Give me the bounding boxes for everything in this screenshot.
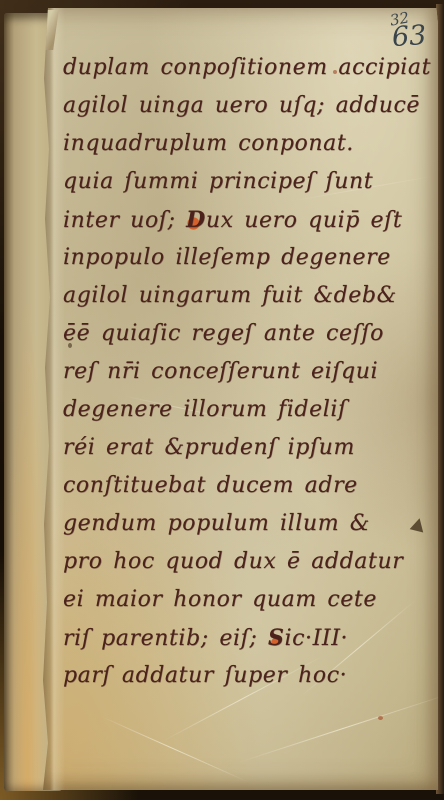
rubricated-initial-s: S [268, 625, 285, 651]
rubricated-initial-d: D [186, 207, 206, 233]
manuscript-text-block: duplam conpoſitionem accipiat agilol uin… [63, 49, 437, 695]
text-line: pro hoc quod dux ē addatur [63, 543, 437, 581]
text-segment: ic·III· [284, 626, 348, 651]
text-line: gendum populum illum & [63, 505, 437, 543]
text-line: parſ addatur ſuper hoc· [63, 657, 437, 695]
text-line: inpopulo illeſemp degenere [63, 239, 437, 277]
text-line: ei maior honor quam cete [63, 581, 437, 619]
text-line: inquadruplum conponat. [63, 125, 437, 163]
text-line: inter uoſ; Dux uero quip̄ eſt [63, 201, 437, 239]
text-line: duplam conpoſitionem accipiat [63, 49, 437, 87]
text-segment: ux uero quip̄ eſt [206, 208, 402, 233]
text-segment: riſ parentib; eiſ; [63, 626, 268, 651]
text-line: ēē quiaſic regeſ ante ceſſo [63, 315, 437, 353]
text-line: quia ſummi principeſ ſunt [63, 163, 437, 201]
text-line: reſ nr̄i conceſſerunt eiſqui [63, 353, 437, 391]
text-line: riſ parentib; eiſ; Sic·III· [63, 619, 437, 657]
text-line: réi erat &prudenſ ipſum [63, 429, 437, 467]
text-line: conſtituebat ducem adre [63, 467, 437, 505]
manuscript-page: 32 63 duplam conpoſitionem accipiat agil… [33, 8, 438, 790]
text-line: agilol uinga uero uſq; adducē [63, 87, 437, 125]
text-line: degenere illorum fideliſ [63, 391, 437, 429]
text-line: agilol uingarum fuit &deb& [63, 277, 437, 315]
parchment-crease [238, 694, 444, 763]
parchment-crease [100, 716, 247, 782]
text-segment: inter uoſ; [63, 208, 186, 233]
book-background: 32 63 duplam conpoſitionem accipiat agil… [0, 0, 444, 800]
ink-speck [378, 716, 383, 720]
